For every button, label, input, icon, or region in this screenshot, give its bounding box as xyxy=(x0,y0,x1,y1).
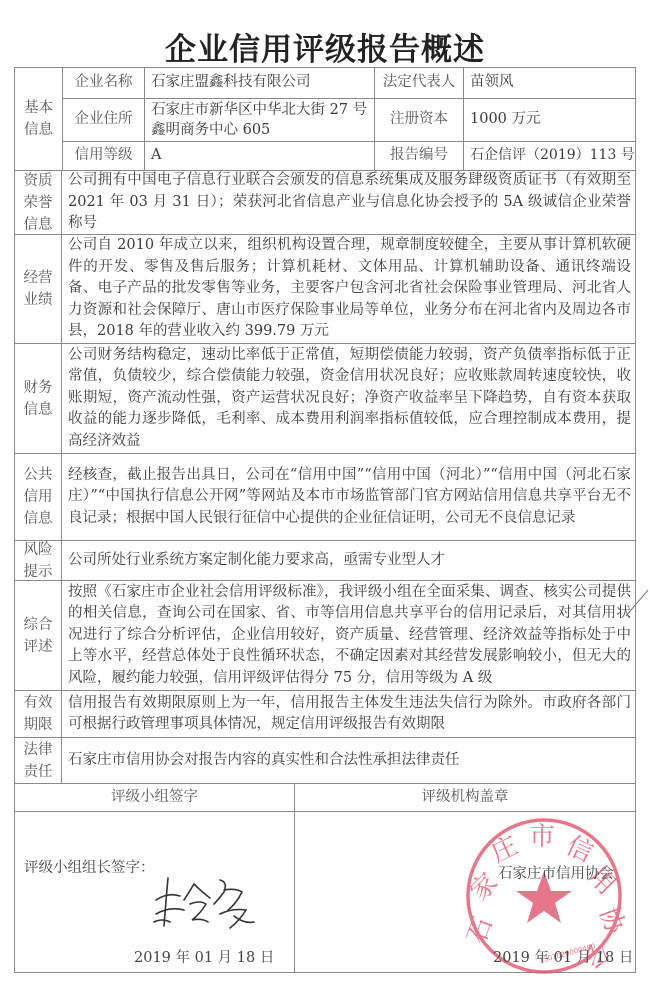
value-text: 石家庄市新华区中华北大街 27 号鑫明商务中心 605 xyxy=(151,100,370,140)
section-label-text: 综合评述 xyxy=(22,614,54,658)
paragraph: 按照《石家庄市企业社会信用评级标准》，我评级小组在全面采集、调查、核实公司提供的… xyxy=(68,582,631,690)
svg-text:协: 协 xyxy=(593,903,626,939)
paragraph: 公司自 2010 年成立以来，组织机构设置合理，规章制度较健全，主要从事计算机软… xyxy=(68,235,631,343)
section-text-public-credit: 经核查，截止报告出具日，公司在“信用中国”“信用中国（河北）”“信用中国（河北石… xyxy=(61,453,636,541)
value-text: 1000 万元 xyxy=(470,109,541,131)
organization-name: 石家庄市信用协会 xyxy=(498,862,614,883)
field-value-legal-rep: 苗领风 xyxy=(463,67,636,99)
field-label-address: 企业住所 xyxy=(62,98,145,142)
paragraph: 公司财务结构稳定，速动比率低于正常值，短期偿债能力较弱，资产负债率指标低于正常值… xyxy=(68,345,631,453)
label-text: 报告编号 xyxy=(390,145,448,167)
paragraph: 经核查，截止报告出具日，公司在“信用中国”“信用中国（河北）”“信用中国（河北石… xyxy=(68,465,631,530)
paragraph: 石家庄市信用协会对报告内容的真实性和合法性承担法律责任 xyxy=(68,750,460,772)
section-label-basic-info: 基本信息 xyxy=(14,67,63,171)
section-label-risk: 风险提示 xyxy=(14,540,62,581)
paragraph: 信用报告有效期限原则上为一年，信用报告主体发生违法失信行为除外。市政府各部门可根… xyxy=(68,693,631,736)
section-label-text: 法律责任 xyxy=(22,739,54,783)
section-label-text: 公共信用信息 xyxy=(22,464,54,530)
value-text: A xyxy=(151,145,161,167)
section-text-legal: 石家庄市信用协会对报告内容的真实性和合法性承担法律责任 xyxy=(61,737,636,784)
leader-signature-label: 评级小组组长签字： xyxy=(24,856,155,877)
handwritten-signature xyxy=(150,870,260,932)
section-text-validity: 信用报告有效期限原则上为一年，信用报告主体发生违法失信行为除外。市政府各部门可根… xyxy=(61,690,636,738)
value-text: 苗领风 xyxy=(470,72,514,94)
label-text: 法定代表人 xyxy=(383,72,456,94)
section-label-legal: 法律责任 xyxy=(14,737,62,784)
field-label-report-no: 报告编号 xyxy=(374,141,464,171)
label-text: 信用等级 xyxy=(75,145,133,167)
header-text: 评级机构盖章 xyxy=(422,787,509,809)
section-label-text: 基本信息 xyxy=(23,97,55,141)
section-label-text: 风险提示 xyxy=(22,539,54,583)
section-text-performance: 公司自 2010 年成立以来，组织机构设置合理，规章制度较健全，主要从事计算机软… xyxy=(61,234,636,344)
label-text: 企业名称 xyxy=(75,72,133,94)
section-label-text: 有效期限 xyxy=(22,692,54,736)
value-text: 石家庄盟鑫科技有限公司 xyxy=(151,72,311,94)
field-label-legal-rep: 法定代表人 xyxy=(374,67,464,99)
label-text: 注册资本 xyxy=(390,109,448,131)
right-date: 2019 年 01 月 18 日 xyxy=(493,946,633,967)
section-label-summary: 综合评述 xyxy=(14,580,62,691)
field-value-report-no: 石企信评（2019）113 号 xyxy=(463,141,636,171)
page-title: 企业信用评级报告概述 xyxy=(0,24,650,69)
paragraph: 公司拥有中国电子信息行业联合会颁发的信息系统集成及服务肆级资质证书（有效期至 2… xyxy=(68,170,631,235)
section-text-finance: 公司财务结构稳定，速动比率低于正常值，短期偿债能力较弱，资产负债率指标低于正常值… xyxy=(61,343,636,454)
signature-header-left: 评级小组签字 xyxy=(14,783,295,812)
label-text: 企业住所 xyxy=(75,109,133,131)
left-date: 2019 年 01 月 18 日 xyxy=(134,946,274,967)
signature-header-right: 评级机构盖章 xyxy=(294,783,636,812)
header-text: 评级小组签字 xyxy=(111,787,198,809)
section-text-summary: 按照《石家庄市企业社会信用评级标准》，我评级小组在全面采集、调查、核实公司提供的… xyxy=(61,580,636,691)
field-label-credit-grade: 信用等级 xyxy=(62,141,145,171)
section-label-text: 经营业绩 xyxy=(22,267,54,311)
field-value-address: 石家庄市新华区中华北大街 27 号鑫明商务中心 605 xyxy=(144,98,375,142)
paragraph: 公司所处行业系统方案定制化能力要求高，亟需专业型人才 xyxy=(68,550,445,572)
margin-pen-mark xyxy=(624,588,650,618)
section-label-text: 财务信息 xyxy=(22,377,54,421)
field-value-capital: 1000 万元 xyxy=(463,98,636,142)
section-text-qualification: 公司拥有中国电子信息行业联合会颁发的信息系统集成及服务肆级资质证书（有效期至 2… xyxy=(61,170,636,235)
section-text-risk: 公司所处行业系统方案定制化能力要求高，亟需专业型人才 xyxy=(61,540,636,581)
section-label-performance: 经营业绩 xyxy=(14,234,62,344)
svg-text:市: 市 xyxy=(529,822,555,852)
field-label-company-name: 企业名称 xyxy=(62,67,145,99)
section-label-validity: 有效期限 xyxy=(14,690,62,738)
section-label-text: 资质荣誉信息 xyxy=(22,170,54,236)
field-value-company-name: 石家庄盟鑫科技有限公司 xyxy=(144,67,375,99)
section-label-finance: 财务信息 xyxy=(14,343,62,454)
section-label-public-credit: 公共信用信息 xyxy=(14,453,62,541)
svg-text:石: 石 xyxy=(462,913,499,948)
field-label-capital: 注册资本 xyxy=(374,98,464,142)
field-value-credit-grade: A xyxy=(144,141,375,171)
value-text: 石企信评（2019）113 号 xyxy=(470,145,635,167)
section-label-qualification: 资质荣誉信息 xyxy=(14,170,62,235)
